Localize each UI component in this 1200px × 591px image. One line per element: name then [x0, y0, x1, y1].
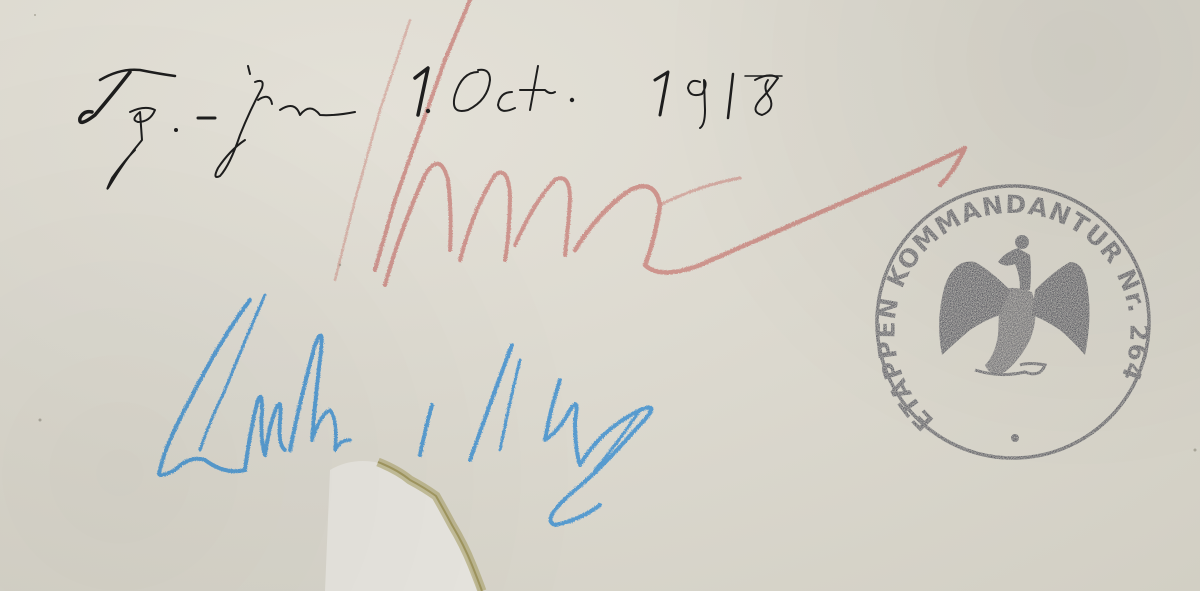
- torn-corner: [325, 461, 482, 591]
- paper-specks: [34, 14, 1197, 452]
- handwritten-date: [80, 66, 782, 189]
- document-artwork: ETAPPEN KOMMANDANTUR Nr. 264: [0, 0, 1200, 591]
- stamp-dot: [1011, 434, 1019, 442]
- eagle-emblem-icon: [939, 235, 1089, 375]
- document-paper: Tg.-Jnr 1. Oct. 1918 Lewtn i A. Bz ETAPP…: [0, 0, 1200, 591]
- official-stamp: ETAPPEN KOMMANDANTUR Nr. 264: [871, 186, 1153, 458]
- red-signature: [335, 0, 965, 285]
